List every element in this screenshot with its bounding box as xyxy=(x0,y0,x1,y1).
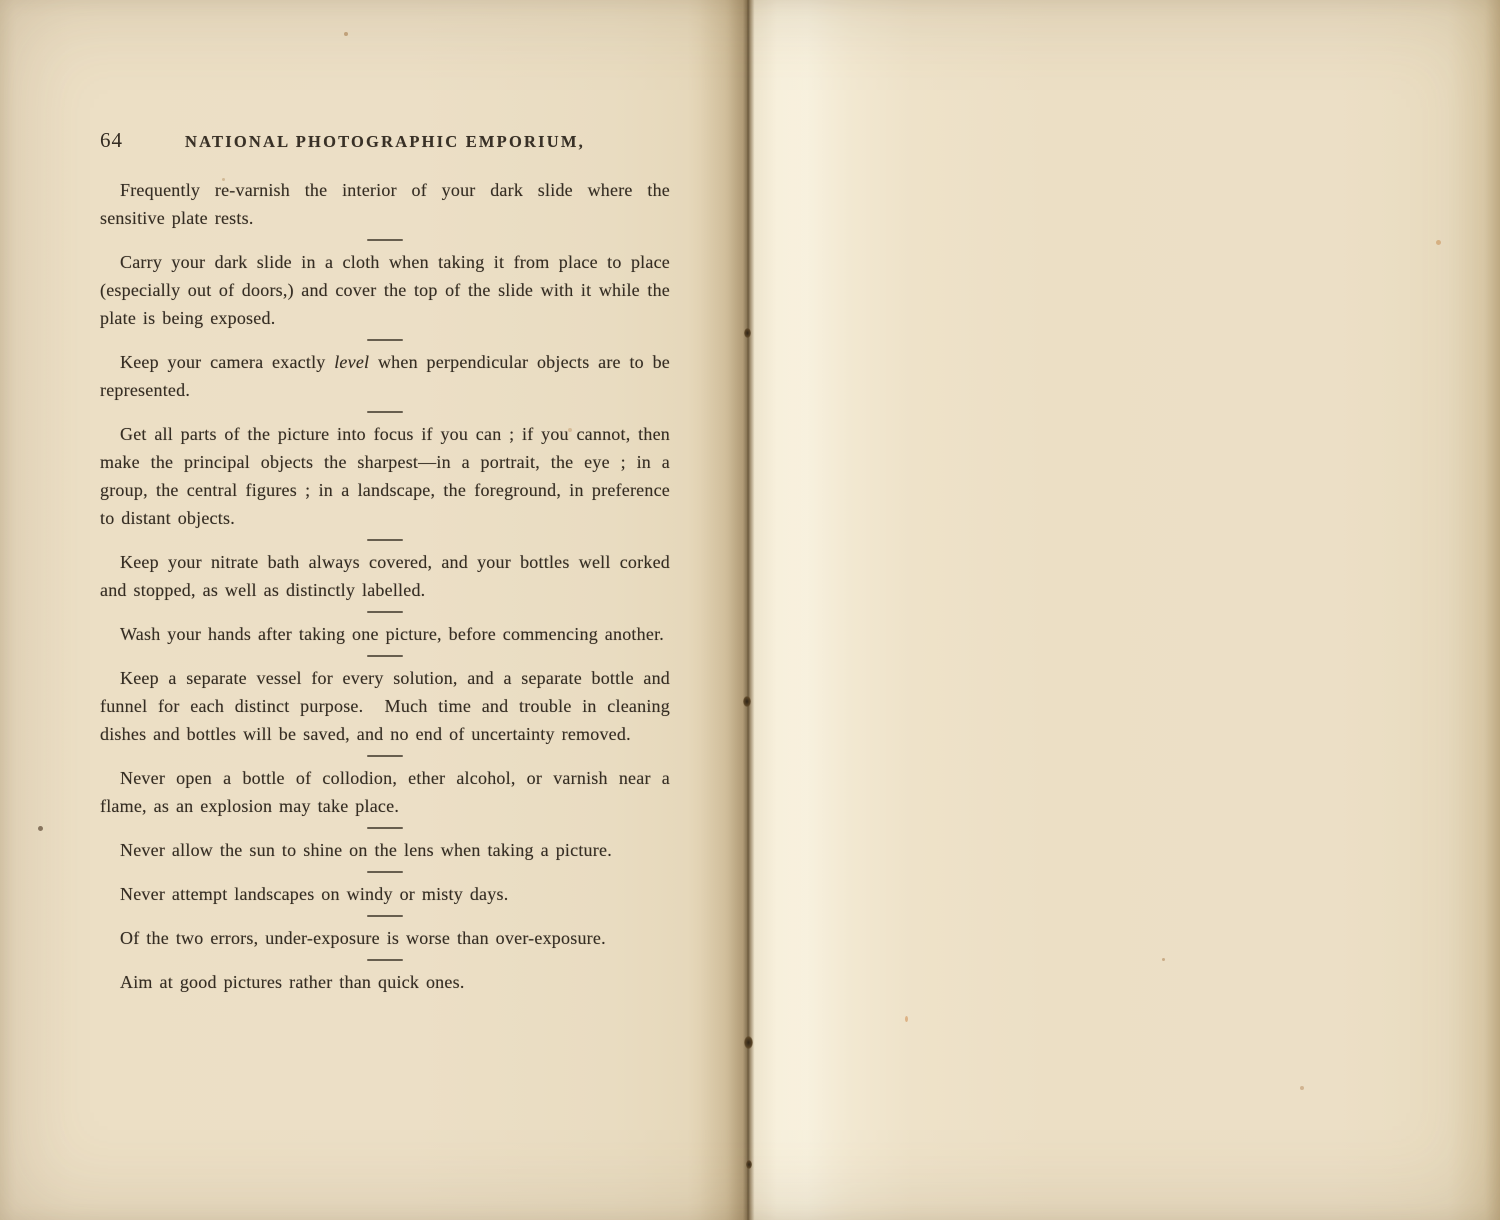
page-right: RICHARD WALZL, BALTIMORE. 65 Learn one p… xyxy=(747,0,1500,1220)
section-divider-rule xyxy=(367,871,403,873)
page-left: 64 NATIONAL PHOTOGRAPHIC EMPORIUM, Frequ… xyxy=(0,0,747,1220)
paragraph: Never allow the sun to shine on the lens… xyxy=(100,836,670,864)
section-divider-rule xyxy=(367,827,403,829)
paragraph: Wash your hands after taking one picture… xyxy=(100,620,670,648)
paragraph: Keep your nitrate bath always covered, a… xyxy=(100,548,670,604)
paragraph: Keep a separate vessel for every solutio… xyxy=(100,664,670,748)
page-header-left: 64 NATIONAL PHOTOGRAPHIC EMPORIUM, xyxy=(100,128,670,153)
section-divider-rule xyxy=(367,915,403,917)
paragraph: Keep your camera exactly level when perp… xyxy=(100,348,670,404)
section-divider-rule xyxy=(367,755,403,757)
paragraph: Carry your dark slide in a cloth when ta… xyxy=(100,248,670,332)
paragraph: Of the two errors, under-exposure is wor… xyxy=(100,924,670,952)
page-number-left: 64 xyxy=(100,128,146,153)
section-divider-rule xyxy=(367,411,403,413)
section-divider-rule xyxy=(367,655,403,657)
section-divider-rule xyxy=(367,959,403,961)
running-header-left: NATIONAL PHOTOGRAPHIC EMPORIUM, xyxy=(146,132,624,152)
section-divider-rule xyxy=(367,339,403,341)
paragraph: Never attempt landscapes on windy or mis… xyxy=(100,880,670,908)
section-divider-rule xyxy=(367,611,403,613)
paragraph: Never open a bottle of collodion, ether … xyxy=(100,764,670,820)
section-divider-rule xyxy=(367,239,403,241)
paragraph: Aim at good pictures rather than quick o… xyxy=(100,968,670,996)
paragraph: Get all parts of the picture into focus … xyxy=(100,420,670,532)
page-body-left: Frequently re-varnish the interior of yo… xyxy=(100,176,670,996)
book-spread: 64 NATIONAL PHOTOGRAPHIC EMPORIUM, Frequ… xyxy=(0,0,1500,1220)
section-divider-rule xyxy=(367,539,403,541)
paragraph: Frequently re-varnish the interior of yo… xyxy=(100,176,670,232)
